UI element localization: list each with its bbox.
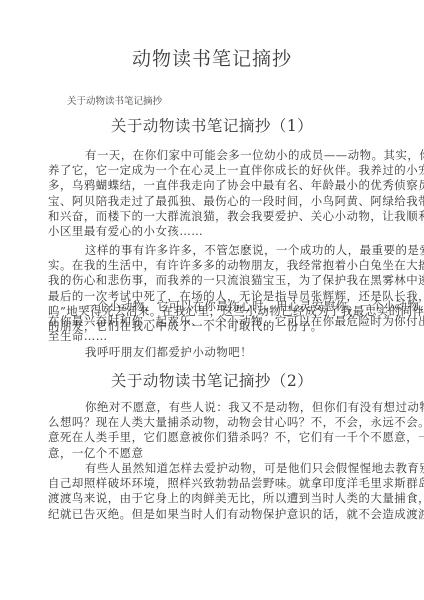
text-line: 小区里最有爱心的小女孩……	[48, 224, 374, 239]
section-2-paragraph-1: 你绝对不愿意，有些人说：我又不是动物，但你们有没有想过动物们会怎 么想吗？现在人…	[48, 400, 374, 461]
section-1-heading: 关于动物读书笔记摘抄（1）	[0, 114, 424, 136]
document-title: 动物读书笔记摘抄	[0, 44, 424, 71]
section-2-heading: 关于动物读书笔记摘抄（2）	[0, 369, 424, 391]
section-1-paragraph-4: 我呼吁朋友们都爱护小动物吧！	[48, 345, 374, 360]
text-line: 意，一亿个不愿意	[48, 446, 374, 461]
text-line: 一个小动物，它可以在你最伤心时，用心灵安慰你，一个小动物，它可以	[48, 299, 374, 314]
text-line: 我呼吁朋友们都爱护小动物吧！	[48, 345, 374, 360]
text-line: 意死在人类手里，它们愿意被你们猎杀吗？不，它们有一千个不愿意，一万个不愿	[48, 430, 374, 445]
text-line: 多，乌鸦蝴蝶结，一直伴我走向了协会中最有名、年龄最小的优秀侦察员，兔子阿	[48, 178, 374, 193]
section-2-paragraph-2: 有些人虽然知道怎样去爱护动物，可是他们只会假惺惺地去教育别人，而 自己却照样破坏…	[48, 461, 374, 522]
text-line: 至生命……	[48, 329, 374, 344]
document-subtitle: 关于动物读书笔记摘抄	[67, 93, 162, 107]
text-line: 你绝对不愿意，有些人说：我又不是动物，但你们有没有想过动物们会怎	[48, 400, 374, 415]
document-page: 动物读书笔记摘抄 关于动物读书笔记摘抄 关于动物读书笔记摘抄（1） 有一天，在你…	[0, 0, 424, 600]
text-line: 在你最兴奋时和你一起欢乐、一个小动物，它可以在你最危险时为你付出一切，乃	[48, 314, 374, 329]
text-line: 养了它，它一定成为一个在心灵上一直伴你成长的好伙伴。我养过的小宠物有许	[48, 163, 374, 178]
text-line: 自己却照样破坏环境，照样兴致勃勃品尝野味。就拿印度洋毛里求斯群岛上生活的	[48, 476, 374, 491]
text-line: 我的伤心和悲伤事，而我养的一只流浪猫宝玉，为了保护我在黑雾林中逃跑，却在	[48, 273, 374, 288]
text-line: 和兴奋，而楼下的一大群流浪猫，教会我要爱护、关心小动物，让我顺利地得到了	[48, 209, 374, 224]
text-line: 有些人虽然知道怎样去爱护动物，可是他们只会假惺惺地去教育别人，而	[48, 461, 374, 476]
text-line: 渡渡鸟来说，由于它身上的肉鲜美无比，所以遭到当时人类的大量捕食，在十七世	[48, 491, 374, 506]
section-1-paragraph-3: 一个小动物，它可以在你最伤心时，用心灵安慰你，一个小动物，它可以 在你最兴奋时和…	[48, 299, 374, 345]
text-line: 有一天，在你们家中可能会多一位幼小的成员——动物。其实，你有幸收	[48, 148, 374, 163]
text-line: 纪就已告灭绝。但是如果当时人们有动物保护意识的话，就不会造成渡渡鸟的灭 绝。	[48, 507, 374, 522]
text-line: 实。在我的生活中，有许许多多的动物朋友，我经常抱着小白兔坐在大摇椅上诉说	[48, 258, 374, 273]
section-1-paragraph-1: 有一天，在你们家中可能会多一位幼小的成员——动物。其实，你有幸收 养了它，它一定…	[48, 148, 374, 239]
text-line: 么想吗？现在人类大量捕杀动物，动物会甘心吗？不，不会，永远不会。它们不愿	[48, 415, 374, 430]
text-line: 宝、阿贝陪我走过了最孤独、最伤心的一段时间，小鸟阿黄、阿绿给我带来了欢乐	[48, 194, 374, 209]
text-line: 这样的事有许多许多，不管怎麽说，一个成功的人，最重要的是爱心和诚	[48, 243, 374, 258]
